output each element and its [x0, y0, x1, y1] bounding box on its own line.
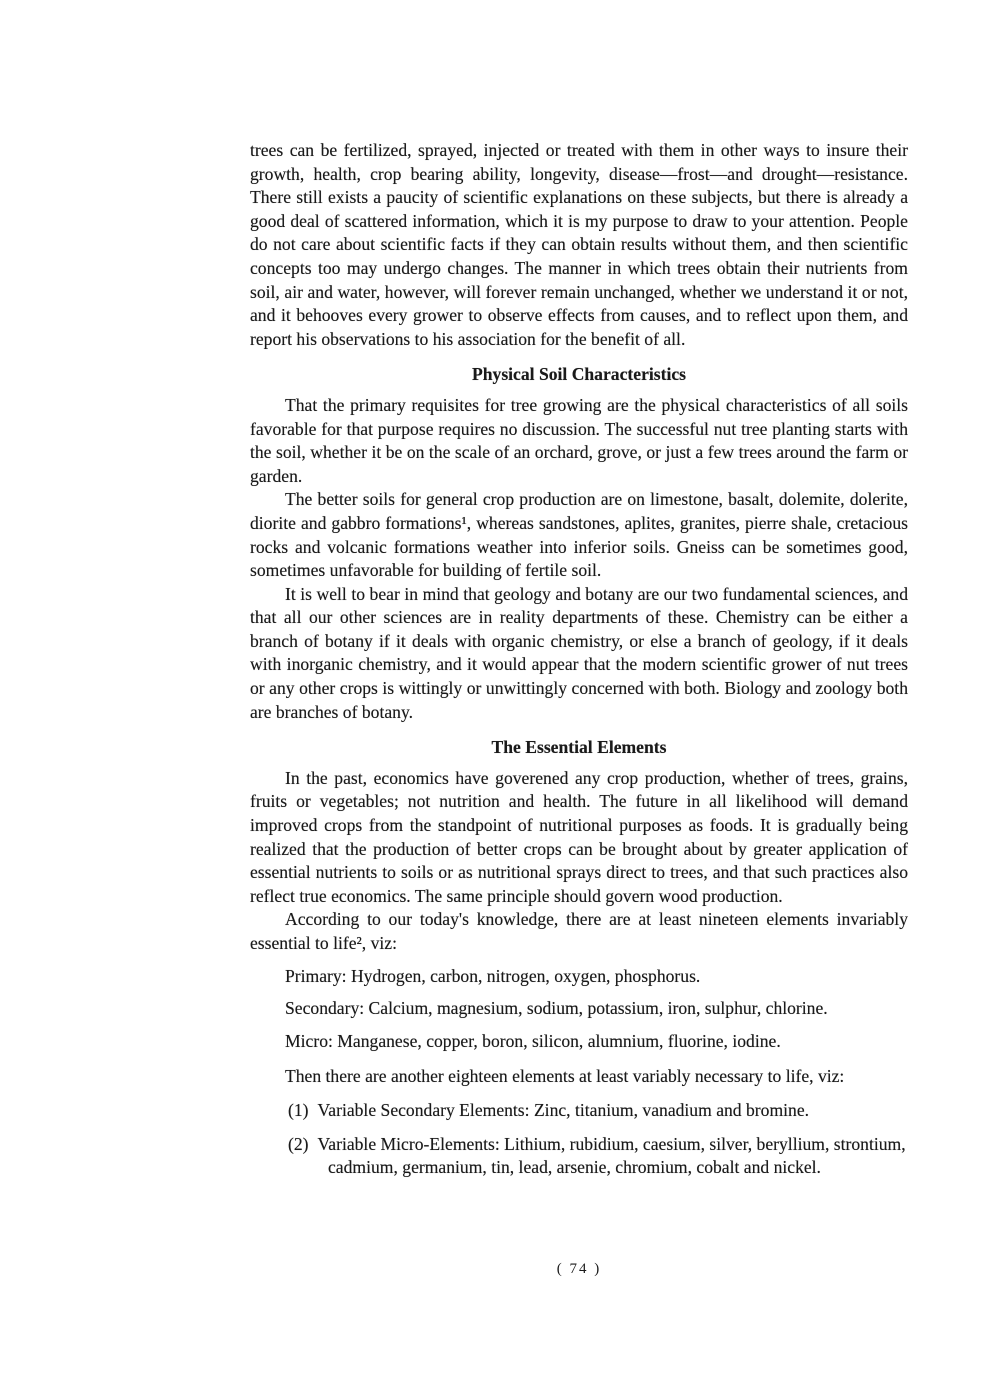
section-heading-physical-soil: Physical Soil Characteristics	[250, 363, 908, 387]
numbered-list-item: (1)Variable Secondary Elements: Zinc, ti…	[250, 1099, 908, 1123]
page-number: ( 74 )	[250, 1261, 908, 1278]
paragraph: According to our today's knowledge, ther…	[250, 908, 908, 955]
list-item-primary-elements: Primary: Hydrogen, carbon, nitrogen, oxy…	[250, 965, 908, 989]
item-text: Variable Micro-Elements: Lithium, rubidi…	[318, 1134, 906, 1178]
paragraph: The better soils for general crop produc…	[250, 488, 908, 582]
list-item-micro-elements: Micro: Manganese, copper, boron, silicon…	[250, 1030, 908, 1054]
page-content: trees can be fertilized, sprayed, inject…	[250, 139, 908, 1180]
paragraph: That the primary requisites for tree gro…	[250, 394, 908, 488]
document-page: trees can be fertilized, sprayed, inject…	[0, 0, 1001, 1389]
paragraph: In the past, economics have goverened an…	[250, 767, 908, 909]
paragraph: It is well to bear in mind that geology …	[250, 583, 908, 725]
numbered-list-item: (2)Variable Micro-Elements: Lithium, rub…	[250, 1133, 908, 1180]
list-item-secondary-elements: Secondary: Calcium, magnesium, sodium, p…	[250, 997, 908, 1021]
paragraph-continued: trees can be fertilized, sprayed, inject…	[250, 139, 908, 351]
item-number: (1)	[288, 1100, 309, 1120]
section-heading-essential-elements: The Essential Elements	[250, 736, 908, 760]
item-text: Variable Secondary Elements: Zinc, titan…	[318, 1100, 810, 1120]
item-number: (2)	[288, 1134, 309, 1154]
paragraph: Then there are another eighteen elements…	[250, 1065, 908, 1089]
